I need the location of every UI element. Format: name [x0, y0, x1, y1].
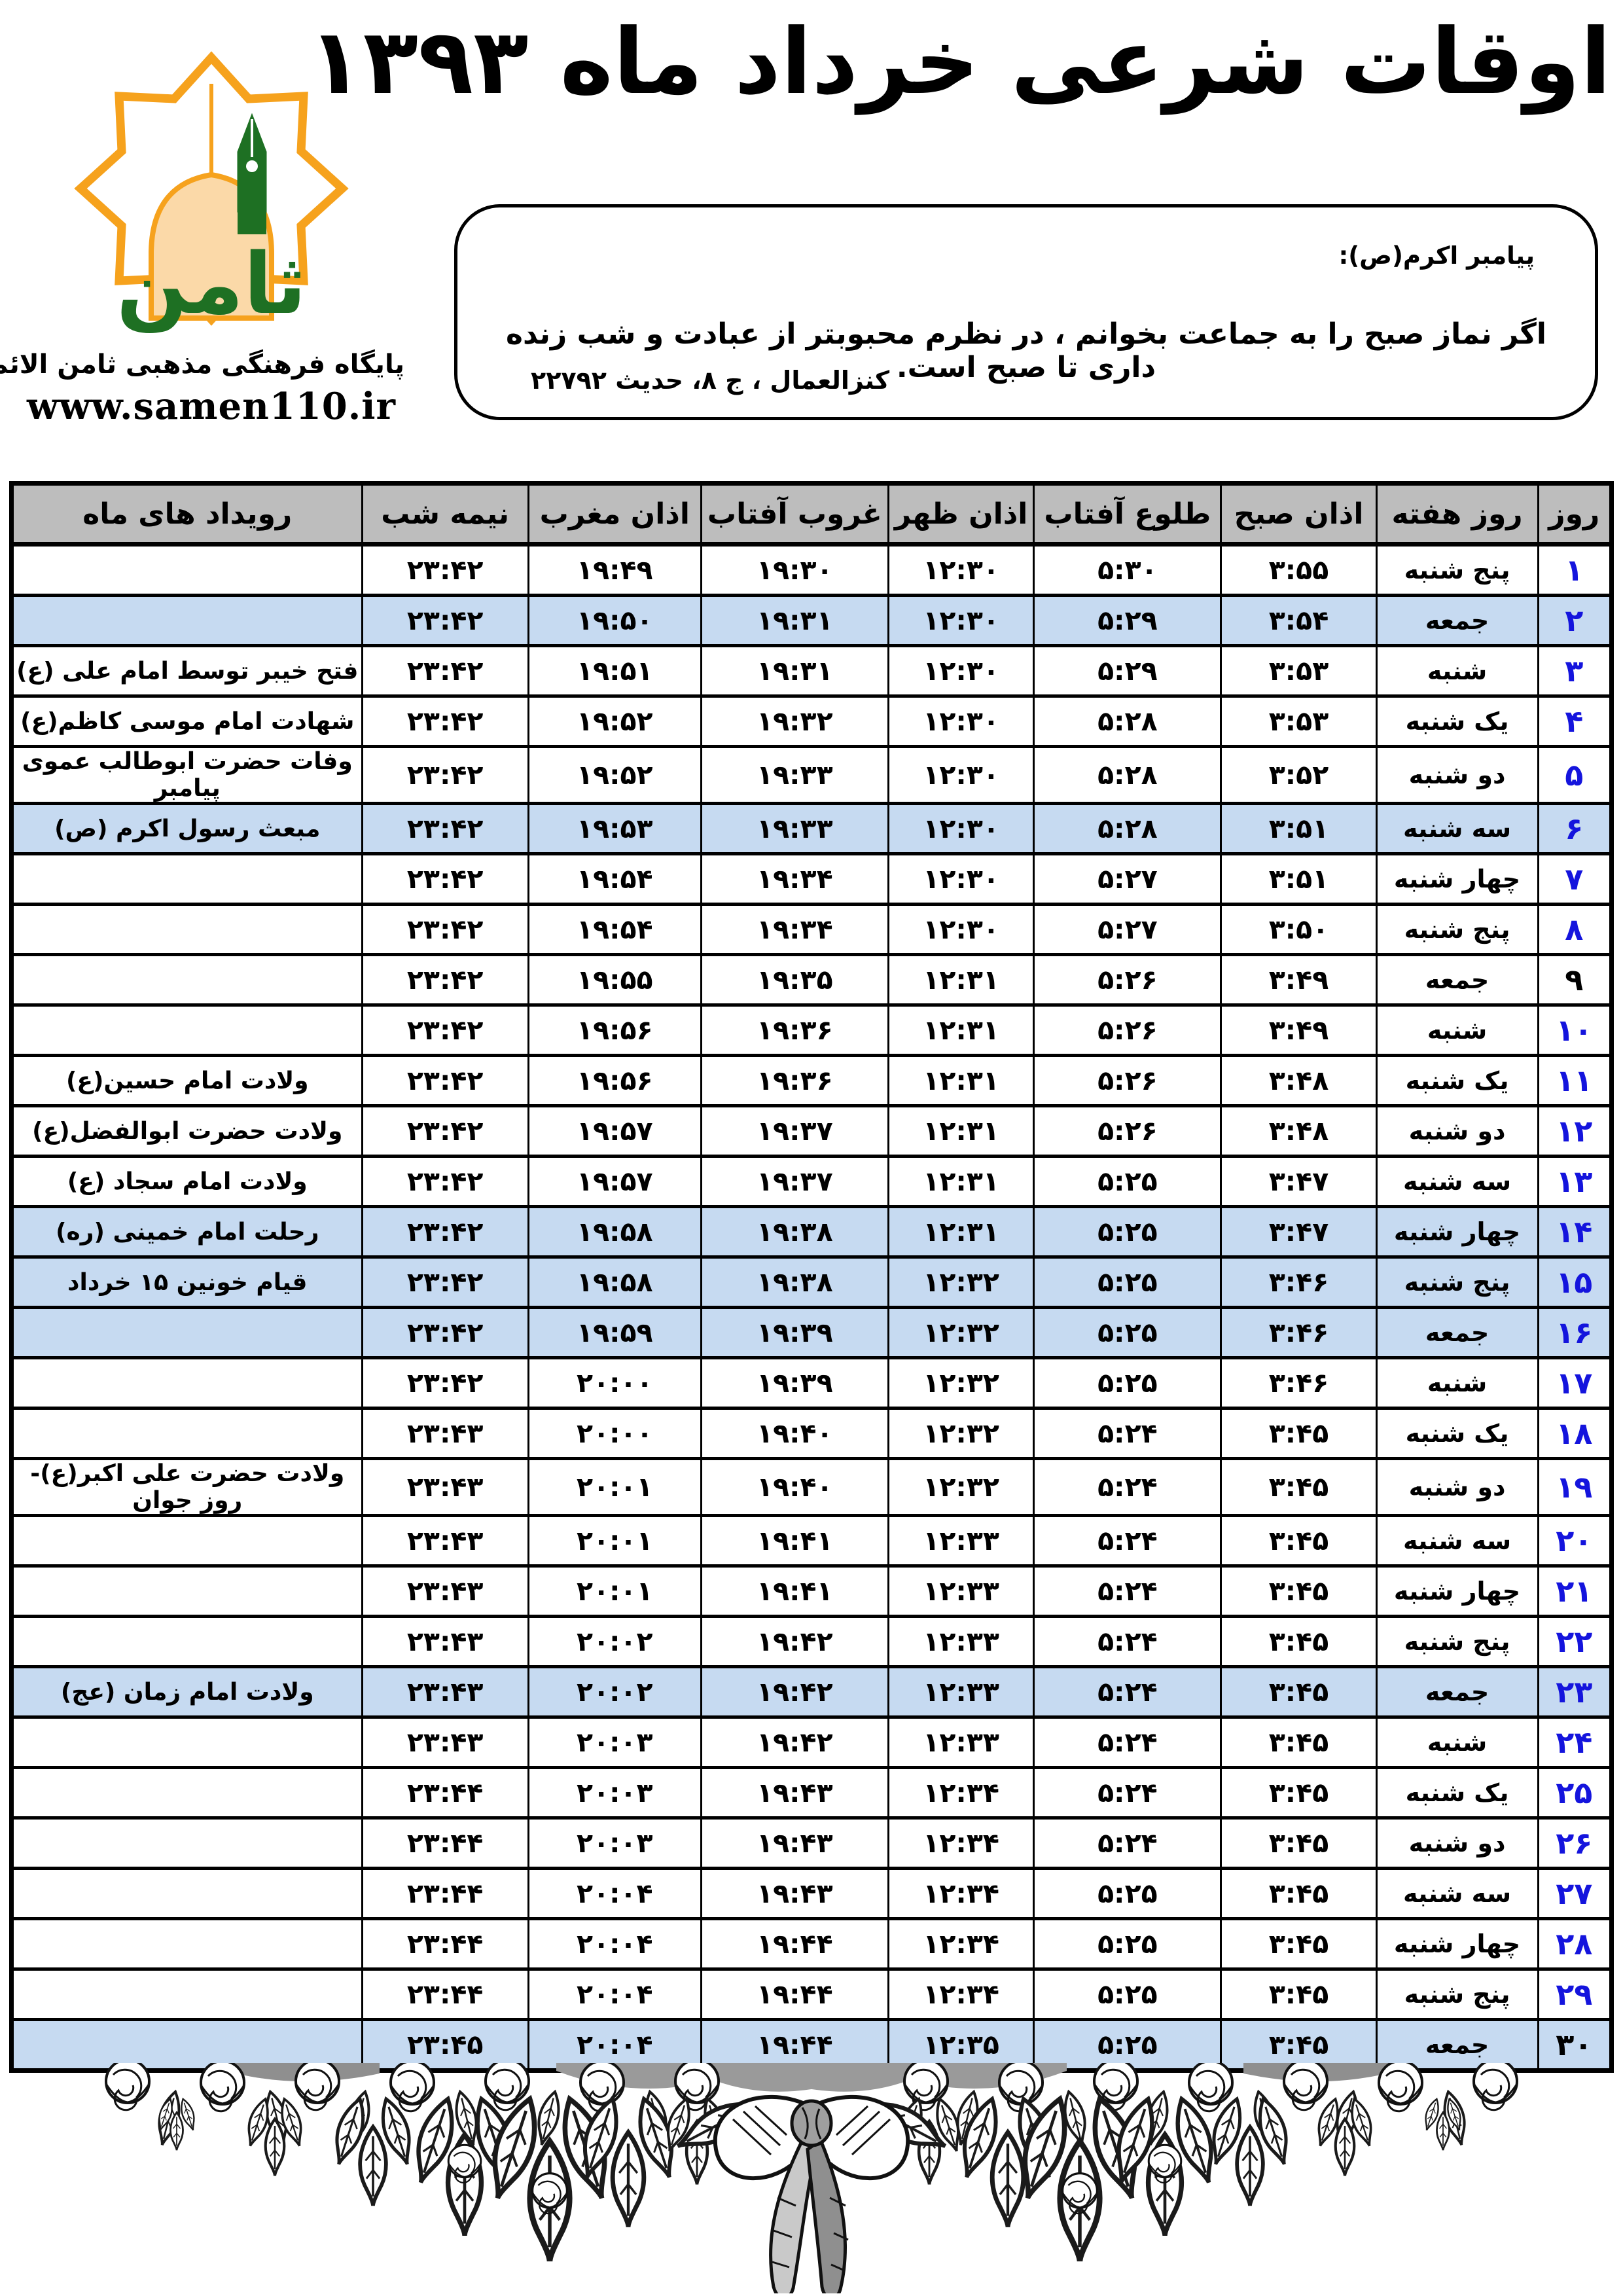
- time-cell: ۵:۲۴: [1034, 1459, 1221, 1516]
- time-cell: ۵:۲۶: [1034, 1106, 1221, 1157]
- time-cell: ۲۰:۰۰: [528, 1408, 701, 1459]
- time-cell: ۲۳:۴۲: [362, 1358, 528, 1408]
- time-cell: ۱۹:۳۲: [701, 696, 888, 747]
- weekday-cell: شنبه: [1376, 646, 1538, 696]
- time-cell: ۱۲:۳۰: [888, 596, 1033, 646]
- table-row: ۲جمعه۳:۵۴۵:۲۹۱۲:۳۰۱۹:۳۱۱۹:۵۰۲۳:۴۲: [12, 596, 1612, 646]
- time-cell: ۵:۲۴: [1034, 1818, 1221, 1869]
- time-cell: ۳:۴۵: [1221, 1919, 1376, 1969]
- time-cell: ۱۹:۴۳: [701, 1869, 888, 1919]
- time-cell: ۲۳:۴۴: [362, 1969, 528, 2020]
- table-row: ۳شنبه۳:۵۳۵:۲۹۱۲:۳۰۱۹:۳۱۱۹:۵۱۲۳:۴۲فتح خیب…: [12, 646, 1612, 696]
- time-cell: ۲۰:۰۴: [528, 1869, 701, 1919]
- time-cell: ۱۲:۳۲: [888, 1308, 1033, 1358]
- time-cell: ۲۳:۴۴: [362, 1818, 528, 1869]
- time-cell: ۱۹:۵۹: [528, 1308, 701, 1358]
- weekday-cell: پنج شنبه: [1376, 1969, 1538, 2020]
- header-row: روز روز هفته اذان صبح طلوع آفتاب اذان ظه…: [12, 484, 1612, 545]
- time-cell: ۱۹:۴۳: [701, 1768, 888, 1818]
- time-cell: ۱۹:۳۷: [701, 1157, 888, 1207]
- day-number-cell: ۶: [1538, 804, 1611, 854]
- time-cell: ۱۲:۳۱: [888, 955, 1033, 1005]
- weekday-cell: جمعه: [1376, 1667, 1538, 1717]
- time-cell: ۱۹:۵۵: [528, 955, 701, 1005]
- weekday-cell: سه شنبه: [1376, 1869, 1538, 1919]
- time-cell: ۳:۴۶: [1221, 1308, 1376, 1358]
- weekday-cell: دو شنبه: [1376, 1106, 1538, 1157]
- day-number-cell: ۲۱: [1538, 1566, 1611, 1617]
- time-cell: ۱۹:۳۱: [701, 646, 888, 696]
- day-number-cell: ۱۶: [1538, 1308, 1611, 1358]
- logo-org-name: پایگاه فرهنگی مذهبی ثامن الائمه (ع): [18, 350, 404, 380]
- time-cell: ۲۰:۰۳: [528, 1717, 701, 1768]
- event-cell: رحلت امام خمینی (ره): [12, 1207, 363, 1257]
- time-cell: ۲۳:۴۲: [362, 1157, 528, 1207]
- time-cell: ۲۳:۴۲: [362, 1308, 528, 1358]
- day-number-cell: ۱۲: [1538, 1106, 1611, 1157]
- table-row: ۱۰شنبه۳:۴۹۵:۲۶۱۲:۳۱۱۹:۳۶۱۹:۵۶۲۳:۴۲: [12, 1005, 1612, 1056]
- time-cell: ۳:۴۵: [1221, 1566, 1376, 1617]
- time-cell: ۱۲:۳۰: [888, 747, 1033, 804]
- event-cell: ولادت حضرت علی اکبر(ع)- روز جوان: [12, 1459, 363, 1516]
- weekday-cell: پنج شنبه: [1376, 905, 1538, 955]
- time-cell: ۱۲:۳۲: [888, 1408, 1033, 1459]
- day-number-cell: ۱۰: [1538, 1005, 1611, 1056]
- time-cell: ۲۳:۴۴: [362, 1768, 528, 1818]
- time-cell: ۳:۵۵: [1221, 545, 1376, 596]
- time-cell: ۵:۲۵: [1034, 1257, 1221, 1308]
- hadith-source: کنزالعمال ، ج ۸، حدیث ۲۲۷۹۲: [531, 366, 889, 395]
- time-cell: ۲۳:۴۲: [362, 854, 528, 905]
- time-cell: ۱۹:۵۴: [528, 905, 701, 955]
- weekday-cell: پنج شنبه: [1376, 1257, 1538, 1308]
- time-cell: ۱۹:۵۸: [528, 1257, 701, 1308]
- time-cell: ۱۹:۵۶: [528, 1056, 701, 1106]
- weekday-cell: یک شنبه: [1376, 1408, 1538, 1459]
- time-cell: ۱۹:۳۶: [701, 1056, 888, 1106]
- time-cell: ۵:۲۵: [1034, 1969, 1221, 2020]
- time-cell: ۳:۴۵: [1221, 1667, 1376, 1717]
- event-cell: [12, 1566, 363, 1617]
- time-cell: ۲۳:۴۳: [362, 1516, 528, 1566]
- time-cell: ۱۲:۳۱: [888, 1005, 1033, 1056]
- time-cell: ۳:۵۱: [1221, 804, 1376, 854]
- event-cell: [12, 1516, 363, 1566]
- time-cell: ۲۳:۴۲: [362, 1005, 528, 1056]
- table-row: ۱۸یک شنبه۳:۴۵۵:۲۴۱۲:۳۲۱۹:۴۰۲۰:۰۰۲۳:۴۳: [12, 1408, 1612, 1459]
- time-cell: ۱۹:۳۸: [701, 1257, 888, 1308]
- time-cell: ۱۹:۳۰: [701, 545, 888, 596]
- time-cell: ۱۹:۴۲: [701, 1717, 888, 1768]
- event-cell: [12, 1717, 363, 1768]
- time-cell: ۲۳:۴۲: [362, 545, 528, 596]
- time-cell: ۱۹:۳۸: [701, 1207, 888, 1257]
- day-number-cell: ۱۷: [1538, 1358, 1611, 1408]
- time-cell: ۱۲:۳۲: [888, 1257, 1033, 1308]
- day-number-cell: ۱۴: [1538, 1207, 1611, 1257]
- time-cell: ۲۰:۰۲: [528, 1617, 701, 1667]
- time-cell: ۳:۵۰: [1221, 905, 1376, 955]
- time-cell: ۳:۴۷: [1221, 1157, 1376, 1207]
- time-cell: ۵:۲۴: [1034, 1667, 1221, 1717]
- event-cell: [12, 1617, 363, 1667]
- time-cell: ۲۳:۴۲: [362, 1257, 528, 1308]
- time-cell: ۱۹:۵۲: [528, 747, 701, 804]
- time-cell: ۲۳:۴۲: [362, 804, 528, 854]
- time-cell: ۵:۲۴: [1034, 1717, 1221, 1768]
- weekday-cell: سه شنبه: [1376, 1516, 1538, 1566]
- time-cell: ۱۲:۳۴: [888, 1969, 1033, 2020]
- time-cell: ۱۹:۳۵: [701, 955, 888, 1005]
- time-cell: ۲۰:۰۱: [528, 1566, 701, 1617]
- table-row: ۹جمعه۳:۴۹۵:۲۶۱۲:۳۱۱۹:۳۵۱۹:۵۵۲۳:۴۲: [12, 955, 1612, 1005]
- time-cell: ۵:۲۶: [1034, 1056, 1221, 1106]
- time-cell: ۵:۲۹: [1034, 646, 1221, 696]
- time-cell: ۵:۲۵: [1034, 1157, 1221, 1207]
- col-header-day: روز: [1538, 484, 1611, 545]
- time-cell: ۳:۴۷: [1221, 1207, 1376, 1257]
- weekday-cell: شنبه: [1376, 1005, 1538, 1056]
- weekday-cell: چهار شنبه: [1376, 854, 1538, 905]
- weekday-cell: جمعه: [1376, 596, 1538, 646]
- event-cell: شهادت امام موسی کاظم(ع): [12, 696, 363, 747]
- time-cell: ۱۲:۳۳: [888, 1667, 1033, 1717]
- time-cell: ۳:۴۸: [1221, 1056, 1376, 1106]
- day-number-cell: ۱۱: [1538, 1056, 1611, 1106]
- weekday-cell: یک شنبه: [1376, 1056, 1538, 1106]
- time-cell: ۱۲:۳۱: [888, 1056, 1033, 1106]
- time-cell: ۳:۴۸: [1221, 1106, 1376, 1157]
- time-cell: ۱۹:۳۷: [701, 1106, 888, 1157]
- event-cell: [12, 854, 363, 905]
- event-cell: فتح خیبر توسط امام علی (ع): [12, 646, 363, 696]
- time-cell: ۱۹:۴۴: [701, 1969, 888, 2020]
- time-cell: ۱۹:۵۸: [528, 1207, 701, 1257]
- time-cell: ۲۳:۴۳: [362, 1408, 528, 1459]
- table-row: ۵دو شنبه۳:۵۲۵:۲۸۱۲:۳۰۱۹:۳۳۱۹:۵۲۲۳:۴۲وفات…: [12, 747, 1612, 804]
- table-row: ۲۸چهار شنبه۳:۴۵۵:۲۵۱۲:۳۴۱۹:۴۴۲۰:۰۴۲۳:۴۴: [12, 1919, 1612, 1969]
- time-cell: ۱۹:۳۹: [701, 1358, 888, 1408]
- time-cell: ۱۹:۴۰: [701, 1408, 888, 1459]
- event-cell: [12, 1005, 363, 1056]
- time-cell: ۱۲:۳۴: [888, 1818, 1033, 1869]
- weekday-cell: چهار شنبه: [1376, 1919, 1538, 1969]
- table-row: ۱۷شنبه۳:۴۶۵:۲۵۱۲:۳۲۱۹:۳۹۲۰:۰۰۲۳:۴۲: [12, 1358, 1612, 1408]
- event-cell: [12, 1358, 363, 1408]
- time-cell: ۵:۲۶: [1034, 955, 1221, 1005]
- event-cell: [12, 545, 363, 596]
- day-number-cell: ۲۷: [1538, 1869, 1611, 1919]
- weekday-cell: یک شنبه: [1376, 1768, 1538, 1818]
- day-number-cell: ۵: [1538, 747, 1611, 804]
- time-cell: ۵:۲۵: [1034, 1919, 1221, 1969]
- weekday-cell: یک شنبه: [1376, 696, 1538, 747]
- time-cell: ۱۹:۴۲: [701, 1617, 888, 1667]
- day-number-cell: ۱۵: [1538, 1257, 1611, 1308]
- day-number-cell: ۲۴: [1538, 1717, 1611, 1768]
- day-number-cell: ۱۹: [1538, 1459, 1611, 1516]
- col-header-azan-sobh: اذان صبح: [1221, 484, 1376, 545]
- time-cell: ۲۳:۴۴: [362, 1869, 528, 1919]
- time-cell: ۲۳:۴۲: [362, 1106, 528, 1157]
- table-row: ۱۶جمعه۳:۴۶۵:۲۵۱۲:۳۲۱۹:۳۹۱۹:۵۹۲۳:۴۲: [12, 1308, 1612, 1358]
- time-cell: ۲۳:۴۲: [362, 1207, 528, 1257]
- time-cell: ۱۹:۵۰: [528, 596, 701, 646]
- day-number-cell: ۱۳: [1538, 1157, 1611, 1207]
- event-cell: [12, 905, 363, 955]
- day-number-cell: ۴: [1538, 696, 1611, 747]
- time-cell: ۵:۲۴: [1034, 1566, 1221, 1617]
- day-number-cell: ۲۲: [1538, 1617, 1611, 1667]
- time-cell: ۳:۴۵: [1221, 1516, 1376, 1566]
- time-cell: ۱۲:۳۲: [888, 1459, 1033, 1516]
- time-cell: ۱۹:۴۴: [701, 1919, 888, 1969]
- logo-website[interactable]: www.samen110.ir: [18, 385, 404, 428]
- day-number-cell: ۲۶: [1538, 1818, 1611, 1869]
- weekday-cell: پنج شنبه: [1376, 545, 1538, 596]
- prayer-table-body: ۱پنج شنبه۳:۵۵۵:۳۰۱۲:۳۰۱۹:۳۰۱۹:۴۹۲۳:۴۲۲جم…: [12, 545, 1612, 2071]
- event-cell: وفات حضرت ابوطالب عموی پیامبر: [12, 747, 363, 804]
- time-cell: ۵:۲۵: [1034, 1207, 1221, 1257]
- time-cell: ۱۹:۵۱: [528, 646, 701, 696]
- time-cell: ۳:۴۵: [1221, 1617, 1376, 1667]
- time-cell: ۱۹:۴۱: [701, 1516, 888, 1566]
- weekday-cell: سه شنبه: [1376, 804, 1538, 854]
- day-number-cell: ۲۰: [1538, 1516, 1611, 1566]
- time-cell: ۲۰:۰۴: [528, 1969, 701, 2020]
- table-row: ۲۳جمعه۳:۴۵۵:۲۴۱۲:۳۳۱۹:۴۲۲۰:۰۲۲۳:۴۳ولادت …: [12, 1667, 1612, 1717]
- event-cell: [12, 596, 363, 646]
- time-cell: ۵:۲۸: [1034, 747, 1221, 804]
- time-cell: ۲۰:۰۰: [528, 1358, 701, 1408]
- time-cell: ۱۲:۳۳: [888, 1617, 1033, 1667]
- time-cell: ۱۹:۳۶: [701, 1005, 888, 1056]
- time-cell: ۳:۵۳: [1221, 696, 1376, 747]
- time-cell: ۲۳:۴۲: [362, 905, 528, 955]
- time-cell: ۳:۵۳: [1221, 646, 1376, 696]
- time-cell: ۵:۲۴: [1034, 1408, 1221, 1459]
- table-row: ۲۴شنبه۳:۴۵۵:۲۴۱۲:۳۳۱۹:۴۲۲۰:۰۳۲۳:۴۳: [12, 1717, 1612, 1768]
- day-number-cell: ۲۵: [1538, 1768, 1611, 1818]
- time-cell: ۳:۵۴: [1221, 596, 1376, 646]
- day-number-cell: ۳: [1538, 646, 1611, 696]
- day-number-cell: ۷: [1538, 854, 1611, 905]
- col-header-events: رویداد های ماه: [12, 484, 363, 545]
- event-cell: [12, 1408, 363, 1459]
- time-cell: ۲۳:۴۳: [362, 1566, 528, 1617]
- day-number-cell: ۲: [1538, 596, 1611, 646]
- time-cell: ۱۲:۳۴: [888, 1768, 1033, 1818]
- time-cell: ۱۲:۳۳: [888, 1566, 1033, 1617]
- time-cell: ۱۹:۳۴: [701, 905, 888, 955]
- time-cell: ۱۲:۳۱: [888, 1207, 1033, 1257]
- time-cell: ۲۳:۴۳: [362, 1667, 528, 1717]
- time-cell: ۱۲:۳۱: [888, 1106, 1033, 1157]
- time-cell: ۵:۲۷: [1034, 905, 1221, 955]
- time-cell: ۳:۴۵: [1221, 1768, 1376, 1818]
- time-cell: ۱۲:۳۰: [888, 905, 1033, 955]
- table-row: ۱۱یک شنبه۳:۴۸۵:۲۶۱۲:۳۱۱۹:۳۶۱۹:۵۶۲۳:۴۲ولا…: [12, 1056, 1612, 1106]
- day-number-cell: ۲۹: [1538, 1969, 1611, 2020]
- table-row: ۲۵یک شنبه۳:۴۵۵:۲۴۱۲:۳۴۱۹:۴۳۲۰:۰۳۲۳:۴۴: [12, 1768, 1612, 1818]
- weekday-cell: پنج شنبه: [1376, 1617, 1538, 1667]
- table-row: ۱۲دو شنبه۳:۴۸۵:۲۶۱۲:۳۱۱۹:۳۷۱۹:۵۷۲۳:۴۲ولا…: [12, 1106, 1612, 1157]
- time-cell: ۳:۴۶: [1221, 1358, 1376, 1408]
- ribbon-bow: [671, 2092, 952, 2293]
- time-cell: ۲۰:۰۱: [528, 1459, 701, 1516]
- weekday-cell: چهار شنبه: [1376, 1566, 1538, 1617]
- weekday-cell: دو شنبه: [1376, 747, 1538, 804]
- table-row: ۱۳سه شنبه۳:۴۷۵:۲۵۱۲:۳۱۱۹:۳۷۱۹:۵۷۲۳:۴۲ولا…: [12, 1157, 1612, 1207]
- day-number-cell: ۳۰: [1538, 2020, 1611, 2071]
- time-cell: ۱۲:۳۴: [888, 1919, 1033, 1969]
- col-header-sunset: غروب آفتاب: [701, 484, 888, 545]
- hadith-attribution: پیامبر اکرم(ص):: [1338, 242, 1535, 270]
- weekday-cell: سه شنبه: [1376, 1157, 1538, 1207]
- time-cell: ۱۹:۵۷: [528, 1157, 701, 1207]
- day-number-cell: ۲۸: [1538, 1919, 1611, 1969]
- time-cell: ۱۹:۳۴: [701, 854, 888, 905]
- time-cell: ۳:۴۵: [1221, 1818, 1376, 1869]
- time-cell: ۲۳:۴۲: [362, 1056, 528, 1106]
- event-cell: [12, 1308, 363, 1358]
- time-cell: ۱۹:۳۳: [701, 747, 888, 804]
- time-cell: ۳:۴۵: [1221, 1408, 1376, 1459]
- table-row: ۲۶دو شنبه۳:۴۵۵:۲۴۱۲:۳۴۱۹:۴۳۲۰:۰۳۲۳:۴۴: [12, 1818, 1612, 1869]
- table-row: ۲۱چهار شنبه۳:۴۵۵:۲۴۱۲:۳۳۱۹:۴۱۲۰:۰۱۲۳:۴۳: [12, 1566, 1612, 1617]
- time-cell: ۲۰:۰۳: [528, 1818, 701, 1869]
- time-cell: ۵:۲۷: [1034, 854, 1221, 905]
- samen-logo: ثامن پایگاه فرهنگی مذهبی ثامن الائمه (ع)…: [18, 51, 404, 428]
- weekday-cell: جمعه: [1376, 955, 1538, 1005]
- time-cell: ۱۹:۴۹: [528, 545, 701, 596]
- time-cell: ۱۹:۴۱: [701, 1566, 888, 1617]
- col-header-sunrise: طلوع آفتاب: [1034, 484, 1221, 545]
- event-cell: مبعث رسول اکرم (ص): [12, 804, 363, 854]
- prayer-times-table: روز روز هفته اذان صبح طلوع آفتاب اذان ظه…: [9, 481, 1614, 2073]
- time-cell: ۱۹:۳۱: [701, 596, 888, 646]
- table-row: ۸پنج شنبه۳:۵۰۵:۲۷۱۲:۳۰۱۹:۳۴۱۹:۵۴۲۳:۴۲: [12, 905, 1612, 955]
- time-cell: ۱۲:۳۰: [888, 696, 1033, 747]
- time-cell: ۱۹:۵۳: [528, 804, 701, 854]
- time-cell: ۵:۲۵: [1034, 1869, 1221, 1919]
- time-cell: ۱۹:۴۰: [701, 1459, 888, 1516]
- time-cell: ۱۲:۳۰: [888, 545, 1033, 596]
- time-cell: ۱۹:۵۴: [528, 854, 701, 905]
- time-cell: ۱۲:۳۳: [888, 1717, 1033, 1768]
- table-row: ۲۲پنج شنبه۳:۴۵۵:۲۴۱۲:۳۳۱۹:۴۲۲۰:۰۲۲۳:۴۳: [12, 1617, 1612, 1667]
- table-row: ۱پنج شنبه۳:۵۵۵:۳۰۱۲:۳۰۱۹:۳۰۱۹:۴۹۲۳:۴۲: [12, 545, 1612, 596]
- day-number-cell: ۹: [1538, 955, 1611, 1005]
- time-cell: ۳:۴۹: [1221, 955, 1376, 1005]
- col-header-midnight: نیمه شب: [362, 484, 528, 545]
- time-cell: ۲۰:۰۴: [528, 1919, 701, 1969]
- time-cell: ۱۹:۴۳: [701, 1818, 888, 1869]
- col-header-azan-maghreb: اذان مغرب: [528, 484, 701, 545]
- event-cell: ولادت امام حسین(ع): [12, 1056, 363, 1106]
- time-cell: ۲۳:۴۳: [362, 1459, 528, 1516]
- day-number-cell: ۱۸: [1538, 1408, 1611, 1459]
- time-cell: ۳:۴۹: [1221, 1005, 1376, 1056]
- time-cell: ۳:۵۲: [1221, 747, 1376, 804]
- table-row: ۴یک شنبه۳:۵۳۵:۲۸۱۲:۳۰۱۹:۳۲۱۹:۵۲۲۳:۴۲شهاد…: [12, 696, 1612, 747]
- event-cell: ولادت حضرت ابوالفضل(ع): [12, 1106, 363, 1157]
- time-cell: ۳:۴۵: [1221, 1969, 1376, 2020]
- time-cell: ۵:۳۰: [1034, 545, 1221, 596]
- table-row: ۲۰سه شنبه۳:۴۵۵:۲۴۱۲:۳۳۱۹:۴۱۲۰:۰۱۲۳:۴۳: [12, 1516, 1612, 1566]
- time-cell: ۳:۴۵: [1221, 1459, 1376, 1516]
- time-cell: ۱۲:۳۱: [888, 1157, 1033, 1207]
- time-cell: ۲۳:۴۲: [362, 646, 528, 696]
- time-cell: ۲۳:۴۲: [362, 955, 528, 1005]
- weekday-cell: شنبه: [1376, 1717, 1538, 1768]
- col-header-weekday: روز هفته: [1376, 484, 1538, 545]
- samen-emblem-icon: ثامن: [22, 51, 401, 346]
- time-cell: ۱۲:۳۰: [888, 646, 1033, 696]
- event-cell: [12, 955, 363, 1005]
- time-cell: ۱۲:۳۰: [888, 854, 1033, 905]
- table-row: ۲۹پنج شنبه۳:۴۵۵:۲۵۱۲:۳۴۱۹:۴۴۲۰:۰۴۲۳:۴۴: [12, 1969, 1612, 2020]
- time-cell: ۵:۲۵: [1034, 1358, 1221, 1408]
- time-cell: ۵:۲۶: [1034, 1005, 1221, 1056]
- time-cell: ۳:۴۶: [1221, 1257, 1376, 1308]
- time-cell: ۳:۵۱: [1221, 854, 1376, 905]
- event-cell: [12, 1869, 363, 1919]
- day-number-cell: ۲۳: [1538, 1667, 1611, 1717]
- table-row: ۱۵پنج شنبه۳:۴۶۵:۲۵۱۲:۳۲۱۹:۳۸۱۹:۵۸۲۳:۴۲قی…: [12, 1257, 1612, 1308]
- time-cell: ۵:۲۹: [1034, 596, 1221, 646]
- weekday-cell: جمعه: [1376, 1308, 1538, 1358]
- weekday-cell: دو شنبه: [1376, 1459, 1538, 1516]
- time-cell: ۲۰:۰۲: [528, 1667, 701, 1717]
- time-cell: ۱۲:۳۰: [888, 804, 1033, 854]
- table-row: ۱۹دو شنبه۳:۴۵۵:۲۴۱۲:۳۲۱۹:۴۰۲۰:۰۱۲۳:۴۳ولا…: [12, 1459, 1612, 1516]
- day-number-cell: ۸: [1538, 905, 1611, 955]
- time-cell: ۵:۲۸: [1034, 804, 1221, 854]
- time-cell: ۲۳:۴۴: [362, 1919, 528, 1969]
- time-cell: ۵:۲۴: [1034, 1516, 1221, 1566]
- time-cell: ۲۳:۴۲: [362, 747, 528, 804]
- floral-garland-image: [98, 2063, 1525, 2293]
- time-cell: ۵:۲۴: [1034, 1768, 1221, 1818]
- time-cell: ۵:۲۴: [1034, 1617, 1221, 1667]
- hadith-box: پیامبر اکرم(ص): اگر نماز صبح را به جماعت…: [454, 204, 1598, 420]
- col-header-azan-zohr: اذان ظهر: [888, 484, 1033, 545]
- table-row: ۲۷سه شنبه۳:۴۵۵:۲۵۱۲:۳۴۱۹:۴۳۲۰:۰۴۲۳:۴۴: [12, 1869, 1612, 1919]
- weekday-cell: دو شنبه: [1376, 1818, 1538, 1869]
- event-cell: [12, 1818, 363, 1869]
- table-row: ۷چهار شنبه۳:۵۱۵:۲۷۱۲:۳۰۱۹:۳۴۱۹:۵۴۲۳:۴۲: [12, 854, 1612, 905]
- event-cell: قیام خونین ۱۵ خرداد: [12, 1257, 363, 1308]
- event-cell: [12, 1768, 363, 1818]
- time-cell: ۲۳:۴۳: [362, 1617, 528, 1667]
- time-cell: ۲۳:۴۳: [362, 1717, 528, 1768]
- time-cell: ۱۹:۵۷: [528, 1106, 701, 1157]
- time-cell: ۱۹:۴۲: [701, 1667, 888, 1717]
- time-cell: ۱۹:۳۳: [701, 804, 888, 854]
- time-cell: ۳:۴۵: [1221, 1869, 1376, 1919]
- time-cell: ۱۹:۳۹: [701, 1308, 888, 1358]
- time-cell: ۲۳:۴۲: [362, 596, 528, 646]
- event-cell: ولادت امام زمان (عج): [12, 1667, 363, 1717]
- time-cell: ۲۰:۰۱: [528, 1516, 701, 1566]
- page-title: اوقات شرعی خرداد ماه ۱۳۹۳: [414, 9, 1611, 115]
- event-cell: ولادت امام سجاد (ع): [12, 1157, 363, 1207]
- time-cell: ۱۹:۵۲: [528, 696, 701, 747]
- poster-page: اوقات شرعی خرداد ماه ۱۳۹۳ ثامن پایگاه فر…: [0, 0, 1623, 2296]
- weekday-cell: شنبه: [1376, 1358, 1538, 1408]
- time-cell: ۱۹:۵۶: [528, 1005, 701, 1056]
